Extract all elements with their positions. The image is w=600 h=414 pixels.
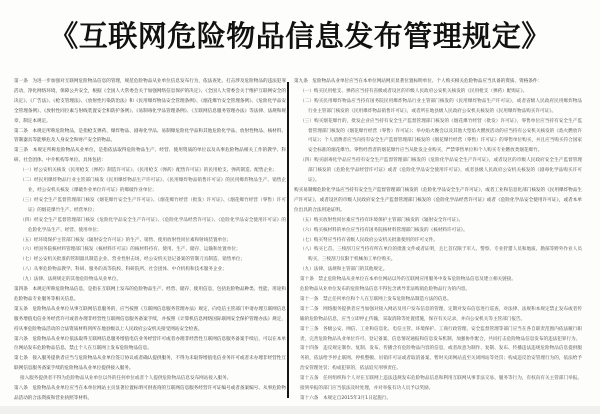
article-paragraph: （六）购买核材料的单位应当持有国务院核材料管理部门核发的《核材料许可证》。 [294, 226, 582, 236]
document-title: 《互联网危险物品信息发布管理规定》 [0, 18, 600, 54]
article-paragraph: （七）购买弩应当持有省级人民政府公安机关批准使用的许可文件。 [294, 236, 582, 246]
article-paragraph: 第三条 本规定所称危险物品从业单位，是指依法取得危险物品生产、经营、使用资质的单… [14, 146, 286, 166]
article-paragraph: 第二条 本规定所称危险物品，是指枪支弹药、爆炸物品、剧毒化学品、易制爆危险化学品… [14, 127, 286, 147]
article-paragraph: （一）购买民用枪支、弹药应当持有省级或者设区的市级人民政府公安机关核发的《民用枪… [294, 87, 582, 97]
article-paragraph: 危险物品从业单位发布的危险物品信息不得包含诱导非法购销危险物品行为的内容。 [294, 285, 582, 295]
article-paragraph: 接入服务提供者不得为危险物品从业单位以外的任何单位或者个人提供危险物品信息发布网… [14, 374, 286, 384]
article-paragraph: （二）经民用爆炸物品行业主管部门核发《民用爆炸物品生产许可证》、《民用爆炸物品销… [14, 176, 286, 196]
article-paragraph: 第六条 危险物品从业单位依法取得互联网信息服务增值电信业务经营许可或者办理非经营… [14, 335, 286, 355]
article-paragraph: 第十四条 违反规定制作、复制、发布、传播含有危险物品内容的信息，或者故意为制作、… [294, 344, 582, 374]
article-paragraph: （一）经公安机关核发《民用枪支（弹药）制造许可证》、《民用枪支（弹药）配售许可证… [14, 166, 286, 176]
article-paragraph: （八）购买匕首、三棱刮刀应当持有所在单位的批准文件或者证明，且匕首仅限于军人、警… [294, 245, 582, 265]
article-paragraph: 购买易制爆危险化学品应当持有安全生产监督管理部门核发的《危险化学品安全生产许可证… [294, 186, 582, 216]
column-divider [287, 82, 289, 398]
article-paragraph: （四）购买剧毒化学品应当持有安全生产监督管理部门核发的《危险化学品安全生产许可证… [294, 156, 582, 186]
article-paragraph: 第十二条 网络服务提供者应当加强对接入网站及用户发布信息的管理，定期对发布信息进… [294, 305, 582, 325]
article-paragraph: （八）从事危险物品教学、科研、服务的高等院校、科研院所、社会团体、中介机构和技术… [14, 265, 286, 275]
article-paragraph: （五）购买放射性同位素应当持有环境保护主管部门核发的《辐射安全许可证》。 [294, 216, 582, 226]
article-paragraph: （二）购买民用爆炸物品应当持有国务院民用爆炸物品行业主管部门核发的《民用爆炸物品… [294, 97, 582, 117]
article-paragraph: （九）法律、法规规定的其他危险物品从业单位。 [14, 275, 286, 285]
article-paragraph: 第十条 禁止危险物品从业单位在本单位网站以外的互联网应用服务中发布危险物品信息及… [294, 275, 582, 285]
article-paragraph: （三）经安全生产监督管理部门核发《烟花爆竹安全生产许可证》、《烟花爆竹经营（批发… [14, 196, 286, 216]
article-paragraph: （三）购买烟花爆竹的，批发企业应当持有安全生产监督管理部门核发的《烟花爆竹经营（… [294, 117, 582, 157]
article-paragraph: 第五条 危险物品从业单位从事互联网信息服务的，应当按照《互联网信息服务管理办法》… [14, 305, 286, 335]
article-paragraph: 第九条 危险物品从业单位应当在本单位网站网页显著位置标明单位、个人购买相关危险物… [294, 77, 582, 87]
article-paragraph: 第八条 危险物品从业单位应当在本单位网站主页显著位置标明可供查询的互联网信息服务… [14, 384, 286, 404]
article-paragraph: 第十三条 各级公安、网信、工业和信息化、电信主管、环境保护、工商行政管理、安全监… [294, 325, 582, 345]
article-paragraph: （五）经环境保护主管部门核发《辐射安全许可证》的生产、销售、使用放射性同位素和射… [14, 236, 286, 246]
document-page: 《互联网危险物品信息发布管理规定》 第一条 为进一步加强对互联网危险物品信息的管… [0, 0, 600, 414]
article-paragraph: （七）经公安机关批准的管制器具制造企业、营业性射击场，经公安机关登记备案的管制刀… [14, 255, 286, 265]
article-paragraph: 第七条 接入服务提供者应当与危险物品从业单位签订协议或者确认提供服务，不得为未取… [14, 354, 286, 374]
page-bottom-edge [0, 406, 600, 414]
article-paragraph: 第十五条 任何组织和个人对在互联网上违法违规发布危险物品信息和利用互联网从事非法… [294, 374, 582, 394]
article-paragraph: （四）经安全生产监督管理部门核发《危险化学品安全生产许可证》、《危险化学品经营许… [14, 216, 286, 236]
left-column: 第一条 为进一步加强对互联网危险物品信息的管理，规范危险物品从业单位信息发布行为… [14, 77, 286, 404]
article-paragraph: 第一条 为进一步加强对互联网危险物品信息的管理，规范危险物品从业单位信息发布行为… [14, 77, 286, 127]
article-paragraph: （九）法律、法规和主管部门的其他规定。 [294, 265, 582, 275]
article-paragraph: （六）经国务院核材料管理部门核发《核材料许可证》的核材料持有、使用、生产、储存、… [14, 245, 286, 255]
article-paragraph: 第十一条 禁止任何单位和个人在互联网上发布危险物品制造方法的信息。 [294, 295, 582, 305]
right-column: 第九条 危险物品从业单位应当在本单位网站网页显著位置标明单位、个人购买相关危险物… [294, 77, 582, 404]
article-paragraph: 第四条 本规定所称危险物品信息，是指在互联网上发布的危险物品生产、经营、储存、使… [14, 285, 286, 305]
article-paragraph: 第十六条 本规定自2015年3月1日起施行。 [294, 394, 582, 404]
